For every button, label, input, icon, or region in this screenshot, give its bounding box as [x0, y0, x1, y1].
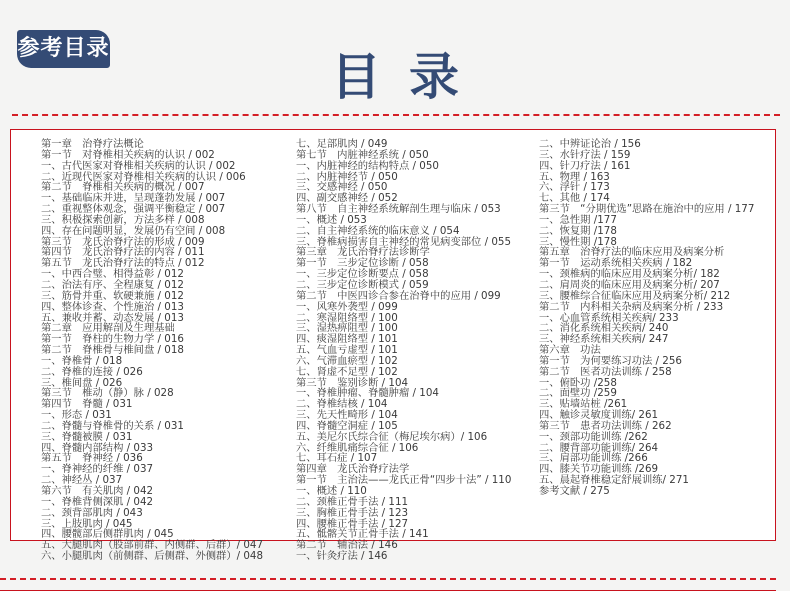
toc-entry: 第二节 医者功法训练 / 258 [539, 367, 754, 378]
toc-entry: 一、颈部功能训练 /262 [539, 432, 754, 443]
toc-entry: 第二节 内科相关杂病及病案分析 / 233 [539, 302, 754, 313]
toc-entry: 一、内脏神经的结构特点 / 050 [296, 161, 511, 172]
bottom-dashed-divider [0, 578, 776, 580]
toc-entry: 二、脊椎的连接 / 026 [41, 367, 263, 378]
toc-entry: 四、整体诊查、个性施治 / 013 [41, 302, 263, 313]
top-dashed-divider [12, 114, 780, 116]
toc-entry: 二、自主神经系统的临床意义 / 054 [296, 226, 511, 237]
toc-entry: 四、存在问题明显，发展仍有空间 / 008 [41, 226, 263, 237]
toc-entry: 五、美尼尔氏综合征（梅尼埃尔病）/ 106 [296, 432, 511, 443]
page-title: 目录 [0, 48, 790, 106]
toc-entry: 一、针灸疗法 / 146 [296, 551, 511, 562]
toc-entry: 三、胸椎正骨手法 / 123 [296, 508, 511, 519]
toc-column-1: 第一章 治脊疗法概论第一节 对脊椎相关疾病的认识 / 002一、古代医家对脊椎相… [41, 139, 263, 562]
toc-entry: 二、颈背部肌肉 / 043 [41, 508, 263, 519]
toc-column-3: 二、中辨证论治 / 156三、水针疗法 / 159四、针刀疗法 / 161五、物… [539, 139, 754, 497]
toc-entry: 六、小腿肌肉（前侧群、后侧群、外侧群）/ 048 [41, 551, 263, 562]
toc-column-2: 七、足部肌肉 / 049第七节 内脏神经系统 / 050一、内脏神经的结构特点 … [296, 139, 511, 562]
toc-entry: 一、古代医家对脊椎相关疾病的认识 / 002 [41, 161, 263, 172]
toc-box: 第一章 治脊疗法概论第一节 对脊椎相关疾病的认识 / 002一、古代医家对脊椎相… [10, 129, 776, 541]
toc-entry: 一、风寒外袭型 / 099 [296, 302, 511, 313]
toc-entry: 参考文献 / 275 [539, 486, 754, 497]
toc-entry: 七、肾虚不足型 / 102 [296, 367, 511, 378]
toc-entry: 二、恢复期 /178 [539, 226, 754, 237]
toc-entry: 四、针刀疗法 / 161 [539, 161, 754, 172]
toc-entry: 三、脊髓被膜 / 031 [41, 432, 263, 443]
